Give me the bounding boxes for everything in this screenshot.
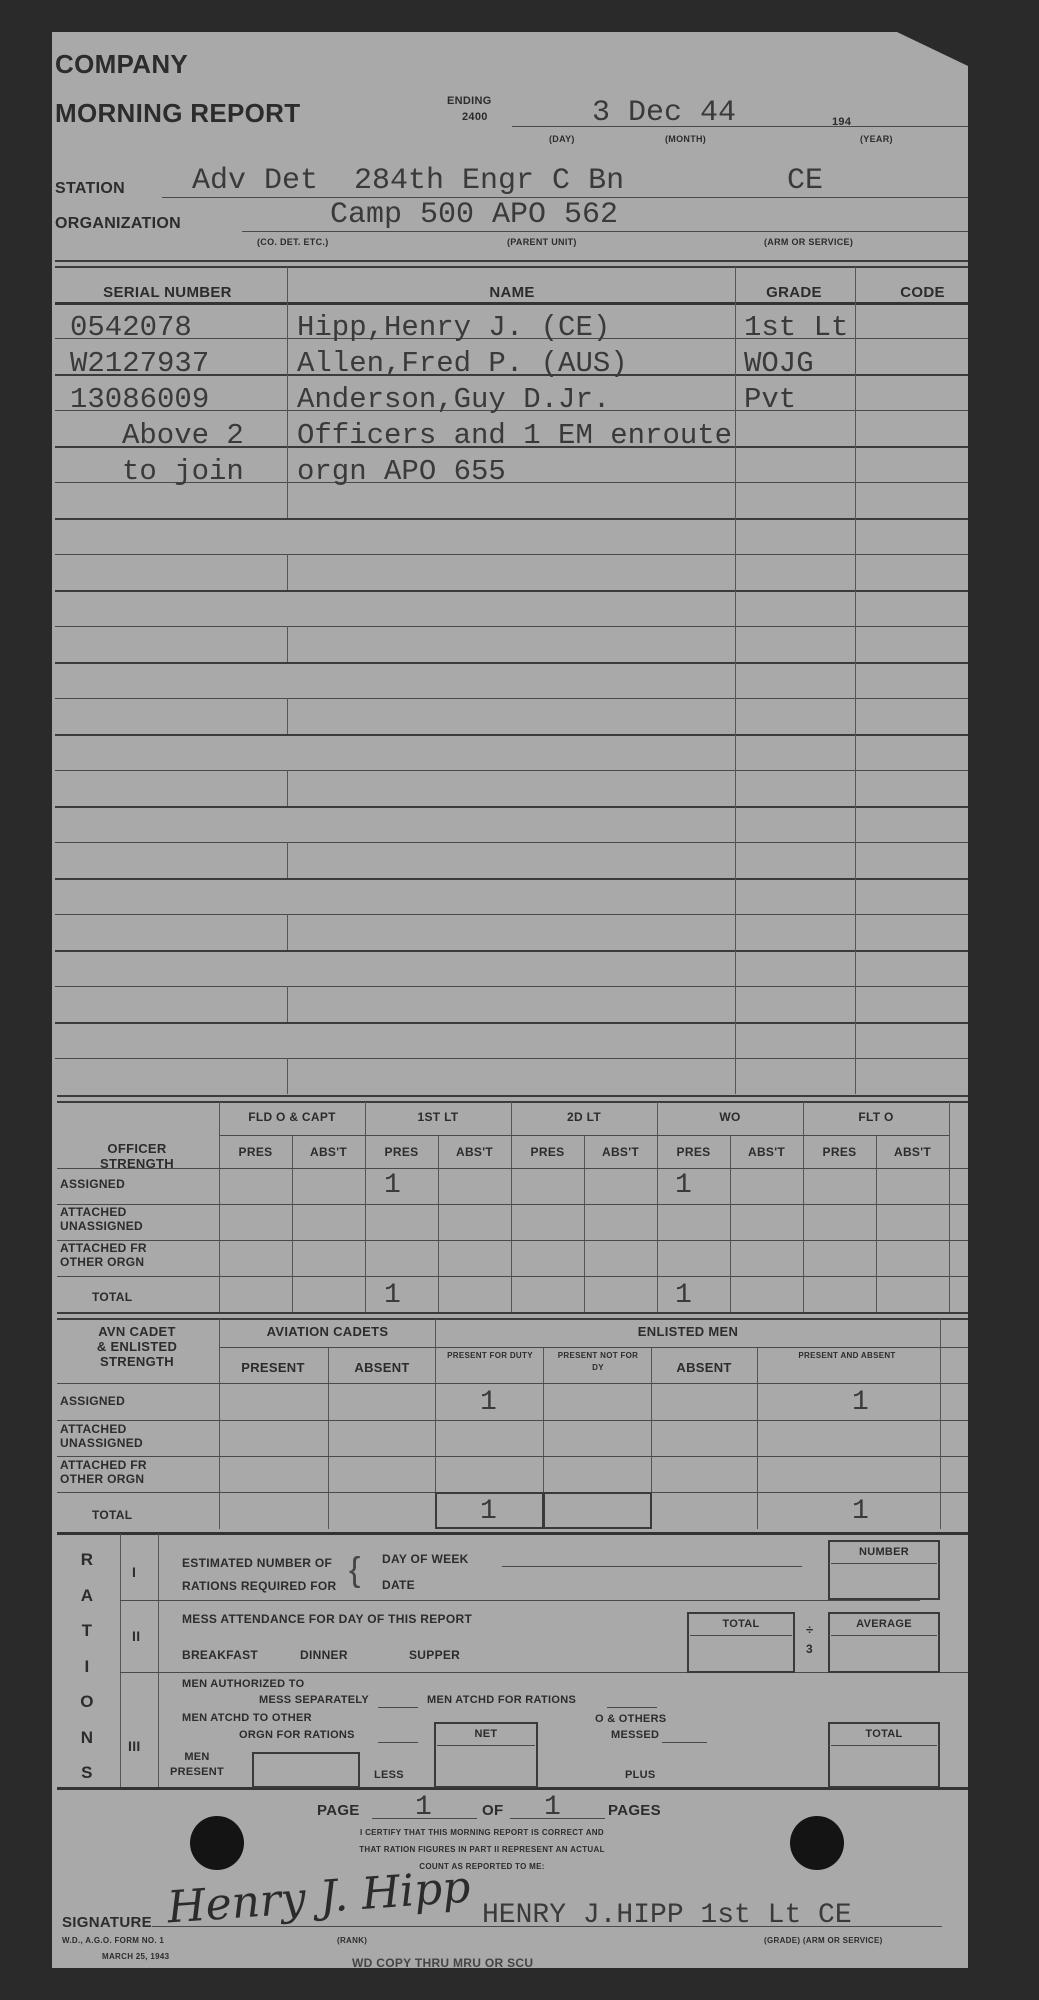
ending-time: 2400: [462, 111, 488, 123]
rule-line: [855, 734, 856, 770]
rule-line: [287, 338, 288, 374]
messed-label: MESSED: [611, 1729, 659, 1741]
enlisted-title-line: & ENLISTED: [57, 1339, 217, 1354]
number-box-label: NUMBER: [828, 1546, 940, 1558]
rule-line: [657, 1102, 658, 1312]
officer-sub-header: PRES: [657, 1145, 730, 1159]
rule-line: [365, 1102, 366, 1312]
year-prefix: 194: [832, 116, 851, 128]
rations-letter: A: [72, 1578, 102, 1614]
rule-line: [855, 878, 856, 914]
rule-line: [287, 410, 288, 446]
rations-letter: T: [72, 1613, 102, 1649]
typed-name-grade: HENRY J.HIPP 1st Lt CE: [482, 1900, 852, 1931]
rule-line: [855, 518, 856, 554]
rule-line: [855, 806, 856, 842]
col-cadets-absent: ABSENT: [328, 1360, 436, 1375]
mess-separately-label: MESS SEPARATELY: [259, 1694, 369, 1706]
certify-line: I CERTIFY THAT THIS MORNING REPORT IS CO…: [282, 1824, 682, 1841]
soldier-grade: 1st Lt: [744, 311, 848, 344]
day-of-week-label: DAY OF WEEK: [382, 1552, 469, 1566]
rule-line: [287, 626, 288, 662]
station-value: Adv Det 284th Engr C Bn: [192, 164, 624, 198]
soldier-name: Allen,Fred P. (AUS): [297, 347, 628, 380]
page-number: 1: [415, 1792, 432, 1823]
orgn-for-rations-label: ORGN FOR RATIONS: [239, 1729, 355, 1741]
row-label-attached-unassigned: ATTACHED UNASSIGNED: [60, 1422, 180, 1450]
enlisted-title-line: STRENGTH: [57, 1354, 217, 1369]
rule-line: [735, 986, 736, 1022]
dinner-label: DINNER: [300, 1648, 348, 1662]
org-sublabel-arm: (ARM OR SERVICE): [764, 237, 853, 247]
rule-line: [287, 374, 288, 410]
signature-label: SIGNATURE: [62, 1914, 152, 1931]
section-2-number: II: [132, 1628, 140, 1644]
handwritten-signature: Henry J. Hipp: [166, 1861, 472, 1933]
rations-letter: N: [72, 1720, 102, 1756]
rule-line: [287, 482, 288, 518]
soldier-name: Hipp,Henry J. (CE): [297, 311, 610, 344]
rule-line: [855, 770, 856, 806]
mess-total-label: TOTAL: [687, 1618, 795, 1630]
certification-text: I CERTIFY THAT THIS MORNING REPORT IS CO…: [282, 1824, 682, 1875]
report-date: 3 Dec 44: [592, 96, 736, 130]
date-label: DATE: [382, 1578, 415, 1592]
rule-line: [757, 1347, 758, 1529]
rule-line: [287, 446, 288, 482]
org-sublabel-co: (CO. DET. ETC.): [257, 237, 329, 247]
rule-line: [735, 374, 736, 410]
rule-line: [735, 410, 736, 446]
rule-line: [287, 554, 288, 590]
rule-line: [219, 1319, 220, 1529]
day-label: (DAY): [549, 134, 575, 144]
rule-line: [55, 986, 990, 987]
pages-label: PAGES: [608, 1802, 661, 1819]
col-absent: ABSENT: [651, 1360, 757, 1375]
officer-1st-lt-total: 1: [384, 1280, 401, 1311]
rule-line: [55, 1022, 990, 1024]
men-present-box[interactable]: [252, 1752, 360, 1788]
rule-line: [55, 698, 990, 699]
officer-sub-header: ABS'T: [438, 1145, 511, 1159]
rations-vertical-label: RATIONS: [72, 1542, 102, 1791]
rule-line: [876, 1135, 877, 1312]
rule-line: [855, 950, 856, 986]
group-enlisted-men: ENLISTED MEN: [436, 1324, 940, 1339]
officer-sub-header: ABS'T: [730, 1145, 803, 1159]
breakfast-label: BREAKFAST: [182, 1648, 258, 1662]
rule-line: [57, 1204, 990, 1205]
section-3-number: III: [128, 1738, 141, 1754]
mess-attendance-label: MESS ATTENDANCE FOR DAY OF THIS REPORT: [182, 1612, 472, 1626]
rank-label: (RANK): [337, 1936, 367, 1945]
officer-wo-assigned: 1: [675, 1170, 692, 1201]
section-1-line: RATIONS REQUIRED FOR: [182, 1575, 336, 1598]
rule-line: [735, 338, 736, 374]
supper-label: SUPPER: [409, 1648, 460, 1662]
remark-text: to join: [122, 455, 244, 488]
rule-line: [735, 914, 736, 950]
officer-sub-header: ABS'T: [292, 1145, 365, 1159]
rule-line: [735, 302, 736, 338]
messed-field[interactable]: [662, 1742, 707, 1743]
officer-group-header: 1ST LT: [365, 1110, 511, 1124]
rule-line: [855, 338, 856, 374]
col-cadets-present: PRESENT: [219, 1360, 327, 1375]
officer-group-header: FLT O: [803, 1110, 949, 1124]
row-label-assigned: ASSIGNED: [60, 1394, 125, 1408]
rule-line: [55, 518, 990, 520]
average-label: AVERAGE: [828, 1618, 940, 1630]
officer-sub-header: PRES: [511, 1145, 584, 1159]
wd-copy-note: WD COPY THRU MRU OR SCU: [352, 1956, 533, 1970]
of-label: OF: [482, 1802, 503, 1819]
em-present-and-absent-assigned: 1: [852, 1387, 869, 1418]
rule-line: [57, 1383, 990, 1384]
men-present-label: MEN PRESENT: [162, 1750, 232, 1780]
rule-line: [55, 662, 990, 664]
rule-line: [55, 806, 990, 808]
officer-1st-lt-assigned: 1: [384, 1170, 401, 1201]
punch-hole-right: [790, 1816, 844, 1870]
morning-report-form: COMPANY MORNING REPORT ENDING 2400 3 Dec…: [52, 32, 968, 1968]
men-atchd-other-label: MEN ATCHD TO OTHER: [182, 1712, 312, 1724]
page-label: PAGE: [317, 1802, 360, 1819]
form-number: W.D., A.G.O. FORM NO. 1: [62, 1936, 164, 1945]
total-pages: 1: [544, 1792, 561, 1823]
rule-line: [55, 770, 990, 771]
present-not-for-duty-total-box: [543, 1492, 652, 1529]
col-present-not-for-duty: PRESENT NOT FOR DY: [552, 1350, 644, 1374]
officers-others-label: O & OTHERS: [595, 1713, 666, 1725]
col-header-name: NAME: [287, 284, 737, 301]
officer-title-line: OFFICER: [57, 1141, 217, 1156]
day-of-week-field[interactable]: [502, 1566, 802, 1567]
rations-letter: O: [72, 1684, 102, 1720]
rations-total-label: TOTAL: [828, 1728, 940, 1740]
rule-line: [735, 734, 736, 770]
row-label-attached-other: ATTACHED FR OTHER ORGN: [60, 1241, 180, 1269]
form-title-line1: COMPANY: [55, 49, 188, 80]
rule-line: [287, 302, 288, 338]
rule-line: [287, 770, 288, 806]
rule-line: [855, 842, 856, 878]
officer-sub-header: PRES: [803, 1145, 876, 1159]
col-present-for-duty: PRESENT FOR DUTY: [444, 1350, 536, 1362]
rule-line: [219, 1347, 990, 1348]
enlisted-title-line: AVN CADET: [57, 1324, 217, 1339]
rule-line: [57, 1456, 990, 1457]
rule-line: [855, 1058, 856, 1094]
rule-line: [57, 1240, 990, 1241]
col-present-and-absent: PRESENT AND ABSENT: [792, 1350, 902, 1362]
officer-sub-header: ABS'T: [584, 1145, 657, 1159]
officer-sub-header: PRES: [365, 1145, 438, 1159]
rule-line: [735, 518, 736, 554]
rule-line: [55, 554, 990, 555]
rule-line: [855, 302, 856, 338]
serial-number: 0542078: [70, 311, 192, 344]
col-header-code: CODE: [855, 284, 990, 301]
rations-letter: R: [72, 1542, 102, 1578]
brace-icon: {: [349, 1550, 360, 1590]
officer-sub-header: PRES: [219, 1145, 292, 1159]
rule-line: [219, 1135, 949, 1136]
rule-line: [55, 914, 990, 915]
certify-line: THAT RATION FIGURES IN PART II REPRESENT…: [282, 1841, 682, 1858]
rule-line: [57, 1168, 990, 1169]
year-label: (YEAR): [860, 134, 893, 144]
rule-line: [855, 986, 856, 1022]
month-label: (MONTH): [665, 134, 706, 144]
rule-line: [55, 1058, 990, 1059]
rule-line: [735, 446, 736, 482]
rule-line: [855, 374, 856, 410]
plus-label: PLUS: [625, 1769, 656, 1781]
group-aviation-cadets: AVIATION CADETS: [219, 1324, 436, 1339]
serial-number: 13086009: [70, 383, 209, 416]
rule-line: [735, 806, 736, 842]
rule-line: [57, 1276, 990, 1277]
organization-value: Camp 500 APO 562: [330, 198, 618, 232]
rule-line: [287, 986, 288, 1022]
officer-group-header: WO: [657, 1110, 803, 1124]
rule-line: [855, 554, 856, 590]
row-label-total: TOTAL: [92, 1508, 132, 1522]
row-label-attached-other: ATTACHED FR OTHER ORGN: [60, 1458, 180, 1486]
rule-line: [57, 1420, 990, 1421]
grade-arm-label: (GRADE) (ARM OR SERVICE): [764, 1936, 883, 1945]
section-1-number: I: [132, 1564, 136, 1580]
rule-line: [735, 662, 736, 698]
net-label: NET: [434, 1728, 538, 1740]
rule-line: [287, 1058, 288, 1094]
remark-text: Above 2: [122, 419, 244, 452]
men-authorized-label: MEN AUTHORIZED TO: [182, 1678, 304, 1690]
rule-line: [730, 1135, 731, 1312]
soldier-grade: Pvt: [744, 383, 796, 416]
officer-wo-total: 1: [675, 1280, 692, 1311]
em-present-and-absent-total: 1: [852, 1496, 869, 1527]
station-service: CE: [787, 164, 823, 198]
form-date: MARCH 25, 1943: [102, 1952, 169, 1961]
rations-letter: S: [72, 1755, 102, 1791]
rule-line: [735, 590, 736, 626]
org-sublabel-parent: (PARENT UNIT): [507, 237, 577, 247]
rule-line: [949, 1102, 950, 1312]
rule-line: [287, 698, 288, 734]
ending-label: ENDING: [447, 95, 492, 107]
em-present-for-duty-total: 1: [480, 1496, 497, 1527]
rule-line: [735, 626, 736, 662]
rule-line: [735, 950, 736, 986]
em-present-for-duty-assigned: 1: [480, 1387, 497, 1418]
section-1-line: ESTIMATED NUMBER OF: [182, 1552, 336, 1575]
officer-sub-header: ABS'T: [876, 1145, 949, 1159]
officer-strength-title: OFFICER STRENGTH: [57, 1141, 217, 1171]
rule-line: [855, 446, 856, 482]
divide-icon: ÷: [806, 1622, 813, 1637]
col-header-serial: SERIAL NUMBER: [55, 284, 280, 301]
rule-line: [735, 698, 736, 734]
rule-line: [584, 1135, 585, 1312]
rule-line: [735, 482, 736, 518]
rule-line: [735, 770, 736, 806]
section-1-text: ESTIMATED NUMBER OF RATIONS REQUIRED FOR: [182, 1552, 336, 1598]
enlisted-strength-title: AVN CADET & ENLISTED STRENGTH: [57, 1324, 217, 1369]
rule-line: [55, 842, 990, 843]
rule-line: [855, 1022, 856, 1058]
rule-line: [55, 878, 990, 880]
row-label-total: TOTAL: [92, 1290, 132, 1304]
station-label: STATION: [55, 180, 125, 198]
rule-line: [855, 914, 856, 950]
rule-line: [855, 590, 856, 626]
rule-line: [55, 626, 990, 627]
soldier-name: Anderson,Guy D.Jr.: [297, 383, 610, 416]
rule-line: [855, 662, 856, 698]
mess-separately-field[interactable]: [378, 1707, 418, 1708]
organization-label: ORGANIZATION: [55, 215, 181, 233]
rule-line: [292, 1135, 293, 1312]
rule-line: [940, 1319, 941, 1529]
remark-text: orgn APO 655: [297, 455, 506, 488]
rule-line: [735, 1022, 736, 1058]
rule-line: [55, 734, 990, 736]
rule-line: [803, 1102, 804, 1312]
less-label: LESS: [374, 1769, 404, 1781]
men-present-line: PRESENT: [162, 1765, 232, 1780]
officer-group-header: FLD O & CAPT: [219, 1110, 365, 1124]
divisor-value: 3: [806, 1642, 813, 1656]
serial-number: W2127937: [70, 347, 209, 380]
rule-line: [438, 1135, 439, 1312]
row-label-assigned: ASSIGNED: [60, 1177, 125, 1191]
soldier-grade: WOJG: [744, 347, 814, 380]
officer-group-header: 2D LT: [511, 1110, 657, 1124]
rule-line: [735, 842, 736, 878]
form-title-line2: MORNING REPORT: [55, 98, 300, 129]
rule-line: [219, 1102, 220, 1312]
rule-line: [511, 1102, 512, 1312]
row-label-attached-unassigned: ATTACHED UNASSIGNED: [60, 1205, 180, 1233]
rule-line: [735, 878, 736, 914]
rule-line: [55, 950, 990, 952]
col-header-grade: GRADE: [735, 284, 853, 301]
remark-text: Officers and 1 EM enroute: [297, 419, 732, 452]
punch-hole-left: [190, 1816, 244, 1870]
men-atchd-for-rations-label: MEN ATCHD FOR RATIONS: [427, 1694, 576, 1706]
rule-line: [855, 410, 856, 446]
rule-line: [855, 482, 856, 518]
rule-line: [287, 914, 288, 950]
rule-line: [287, 842, 288, 878]
rule-line: [735, 554, 736, 590]
rule-line: [55, 590, 990, 592]
men-present-line: MEN: [162, 1750, 232, 1765]
rule-line: [855, 626, 856, 662]
orgn-for-rations-field[interactable]: [378, 1742, 418, 1743]
rule-line: [735, 1058, 736, 1094]
rations-letter: I: [72, 1649, 102, 1685]
rule-line: [855, 698, 856, 734]
men-atchd-for-rations-field[interactable]: [607, 1707, 657, 1708]
